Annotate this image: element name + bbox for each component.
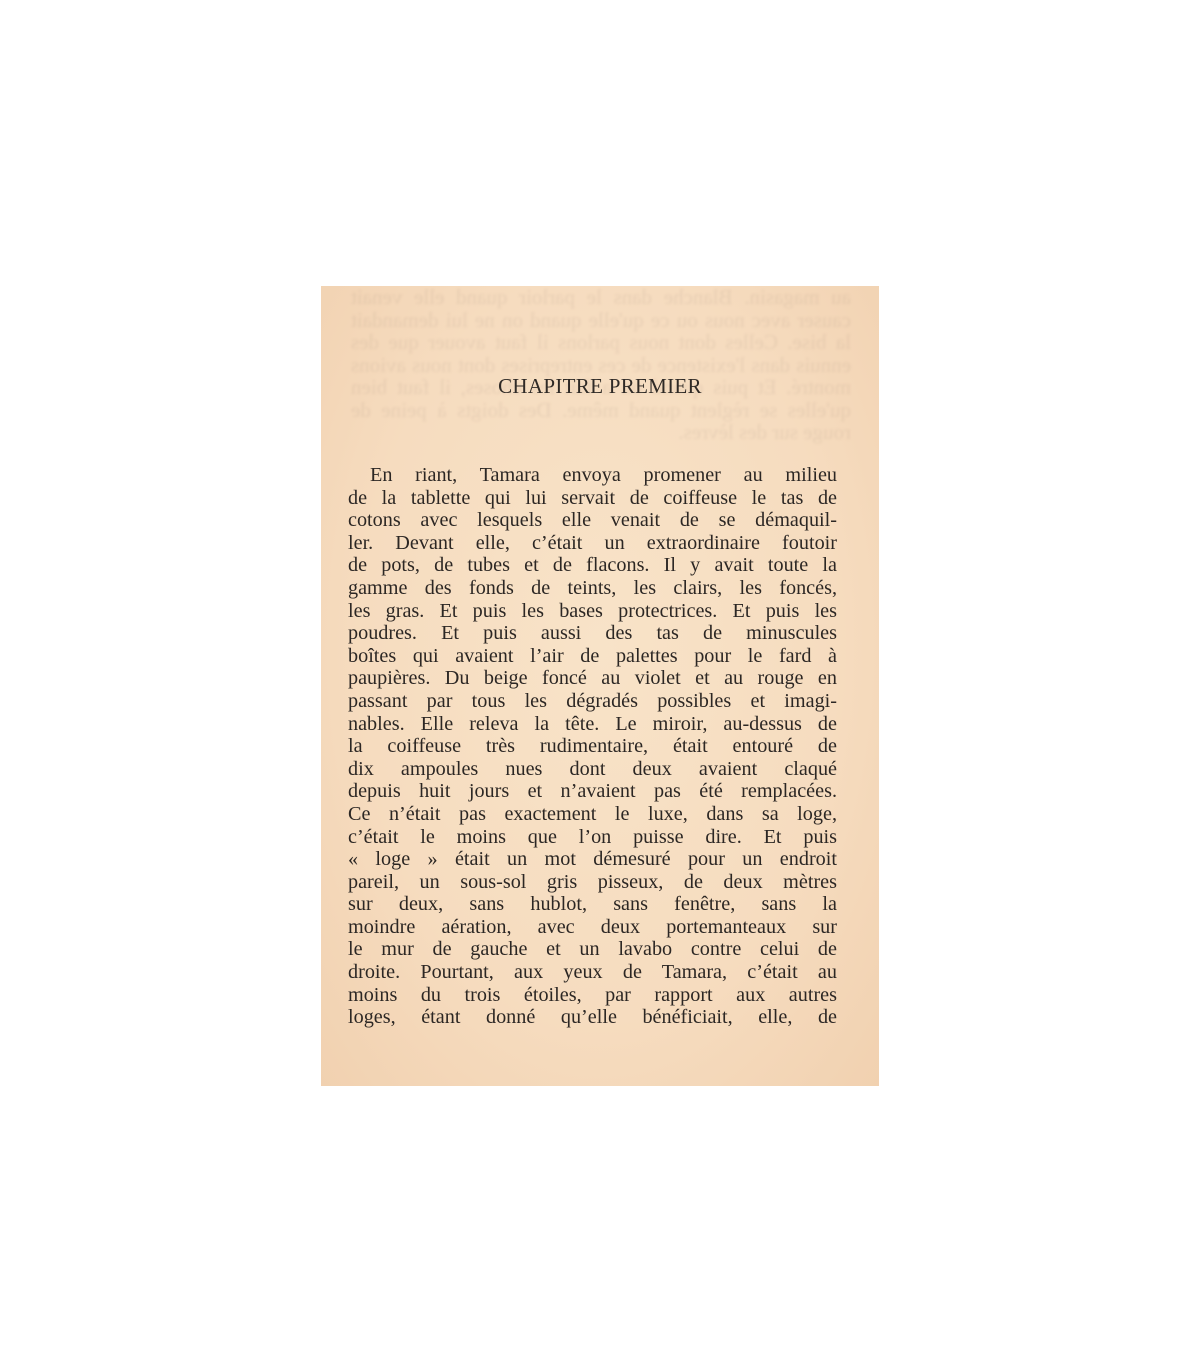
text-line: boîtes qui avaient l’air de palettes pou… xyxy=(348,645,837,668)
text-line: de pots, de tubes et de flacons. Il y av… xyxy=(348,554,837,577)
text-line: sur deux, sans hublot, sans fenêtre, san… xyxy=(348,893,837,916)
text-line: de la tablette qui lui servait de coiffe… xyxy=(348,487,837,510)
text-line: En riant, Tamara envoya promener au mili… xyxy=(348,464,837,487)
text-line: « loge » était un mot démesuré pour un e… xyxy=(348,848,837,871)
paragraph: En riant, Tamara envoya promener au mili… xyxy=(348,464,837,1029)
text-line: loges, étant donné qu’elle bénéficiait, … xyxy=(348,1006,837,1029)
chapter-title: CHAPITRE PREMIER xyxy=(321,374,879,399)
text-line: nables. Elle releva la tête. Le miroir, … xyxy=(348,713,837,736)
text-line: Ce n’était pas exactement le luxe, dans … xyxy=(348,803,837,826)
text-line: poudres. Et puis aussi des tas de minusc… xyxy=(348,622,837,645)
show-through-text: au magasin. Blanche dans le parloir quan… xyxy=(351,286,851,444)
text-line: moins du trois étoiles, par rapport aux … xyxy=(348,984,837,1007)
text-line: paupières. Du beige foncé au violet et a… xyxy=(348,667,837,690)
text-line: les gras. Et puis les bases protectrices… xyxy=(348,600,837,623)
text-line: cotons avec lesquels elle venait de se d… xyxy=(348,509,837,532)
text-line: ler. Devant elle, c’était un extraordina… xyxy=(348,532,837,555)
text-line: pareil, un sous-sol gris pisseux, de deu… xyxy=(348,871,837,894)
text-line: passant par tous les dégradés possibles … xyxy=(348,690,837,713)
text-line: c’était le moins que l’on puisse dire. E… xyxy=(348,826,837,849)
text-line: moindre aération, avec deux portemanteau… xyxy=(348,916,837,939)
text-line: depuis huit jours et n’avaient pas été r… xyxy=(348,780,837,803)
text-line: gamme des fonds de teints, les clairs, l… xyxy=(348,577,837,600)
book-page: au magasin. Blanche dans le parloir quan… xyxy=(321,286,879,1086)
text-line: dix ampoules nues dont deux avaient claq… xyxy=(348,758,837,781)
text-line: le mur de gauche et un lavabo contre cel… xyxy=(348,938,837,961)
text-line: droite. Pourtant, aux yeux de Tamara, c’… xyxy=(348,961,837,984)
text-line: la coiffeuse très rudimentaire, était en… xyxy=(348,735,837,758)
